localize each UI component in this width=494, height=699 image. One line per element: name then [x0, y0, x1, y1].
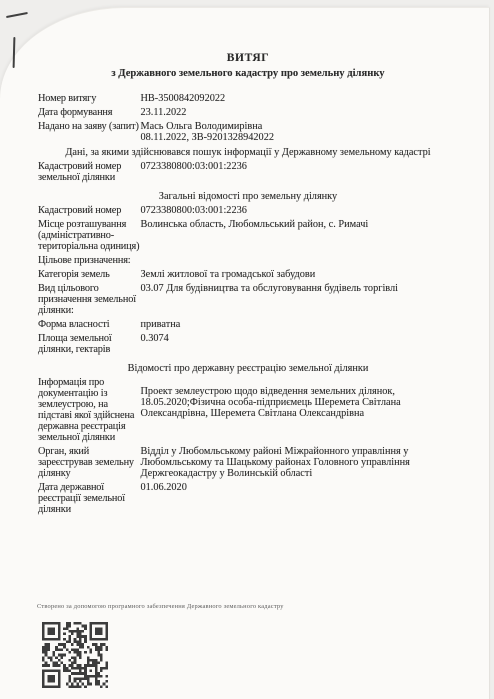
- field-label: Категорія земель: [38, 269, 140, 280]
- field-row-registration-date: Дата державної реєстрації земельної діля…: [38, 482, 458, 515]
- section-search-data: Кадастровий номер земельної ділянки 0723…: [38, 161, 458, 183]
- field-value: 03.07 Для будівництва та обслуговування …: [140, 283, 458, 316]
- field-label: Номер витягу: [38, 93, 140, 104]
- meta-fields: Номер витягу НВ-3500842092022 Дата форму…: [38, 93, 458, 143]
- section-heading-registration: Відомості про державну реєстрацію земель…: [38, 363, 458, 374]
- scan-mark-diagonal: [6, 12, 28, 19]
- field-value: [140, 255, 458, 266]
- section-registration: Інформація про документацію із землеустр…: [38, 377, 458, 515]
- field-value: Землі житлової та громадської забудови: [140, 269, 458, 280]
- qr-code-icon: [42, 622, 108, 688]
- field-row-formation-date: Дата формування 23.11.2022: [38, 107, 458, 118]
- field-row-purpose-header: Цільове призначення:: [38, 255, 458, 266]
- field-label: Місце розташування (адміністративно- тер…: [38, 219, 140, 252]
- field-label: Орган, який зареєстрував земельну ділянк…: [38, 446, 140, 479]
- field-value: Відділ у Любомльському районі Міжрайонно…: [140, 446, 458, 479]
- field-row-ownership-form: Форма власності приватна: [38, 319, 458, 330]
- field-row-location: Місце розташування (адміністративно- тер…: [38, 219, 458, 252]
- field-label: Форма власності: [38, 319, 140, 330]
- field-label: Кадастровий номер: [38, 205, 140, 216]
- field-label: Дата формування: [38, 107, 140, 118]
- scanned-page: ВИТЯГ з Державного земельного кадастру п…: [0, 0, 494, 699]
- field-row-area: Площа земельної ділянки, гектарів 0.3074: [38, 333, 458, 355]
- section-general-info: Кадастровий номер 0723380800:03:001:2236…: [38, 205, 458, 355]
- field-label: Кадастровий номер земельної ділянки: [38, 161, 140, 183]
- field-row-purpose-type: Вид цільового призначення земельної діля…: [38, 283, 458, 316]
- section-heading-general-info: Загальні відомості про земельну ділянку: [38, 191, 458, 202]
- field-value: Мась Ольга Володимирівна 08.11.2022, ЗВ-…: [140, 121, 458, 143]
- field-label: Надано на заяву (запит): [38, 121, 140, 143]
- field-label: Площа земельної ділянки, гектарів: [38, 333, 140, 355]
- field-label: Інформація про документацію із землеустр…: [38, 377, 140, 443]
- document-subtitle: з Державного земельного кадастру про зем…: [38, 67, 458, 80]
- field-label: Цільове призначення:: [38, 255, 140, 266]
- field-label: Вид цільового призначення земельної діля…: [38, 283, 140, 316]
- field-value: 0723380800:03:001:2236: [140, 161, 458, 183]
- field-row-land-category: Категорія земель Землі житлової та грома…: [38, 269, 458, 280]
- field-value: Волинська область, Любомльський район, с…: [140, 219, 458, 252]
- field-row-registering-authority: Орган, який зареєстрував земельну ділянк…: [38, 446, 458, 479]
- field-value: приватна: [140, 319, 458, 330]
- field-value: 01.06.2020: [140, 482, 458, 515]
- field-row-request: Надано на заяву (запит) Мась Ольга Волод…: [38, 121, 458, 143]
- field-row-cadastral-number-search: Кадастровий номер земельної ділянки 0723…: [38, 161, 458, 183]
- document-title: ВИТЯГ: [38, 52, 458, 65]
- field-label: Дата державної реєстрації земельної діля…: [38, 482, 140, 515]
- field-value: НВ-3500842092022: [140, 93, 458, 104]
- section-heading-search-data: Дані, за якими здійснювався пошук інформ…: [38, 147, 458, 158]
- field-value: 23.11.2022: [140, 107, 458, 118]
- document-content: ВИТЯГ з Державного земельного кадастру п…: [38, 52, 458, 518]
- field-row-extract-number: Номер витягу НВ-3500842092022: [38, 93, 458, 104]
- field-value: 0.3074: [140, 333, 458, 355]
- field-value: Проект землеустрою щодо відведення земел…: [140, 377, 458, 443]
- field-row-documentation: Інформація про документацію із землеустр…: [38, 377, 458, 443]
- footer-note: Створено за допомогою програмного забезп…: [37, 603, 284, 611]
- field-row-cadastral-number: Кадастровий номер 0723380800:03:001:2236: [38, 205, 458, 216]
- field-value: 0723380800:03:001:2236: [140, 205, 458, 216]
